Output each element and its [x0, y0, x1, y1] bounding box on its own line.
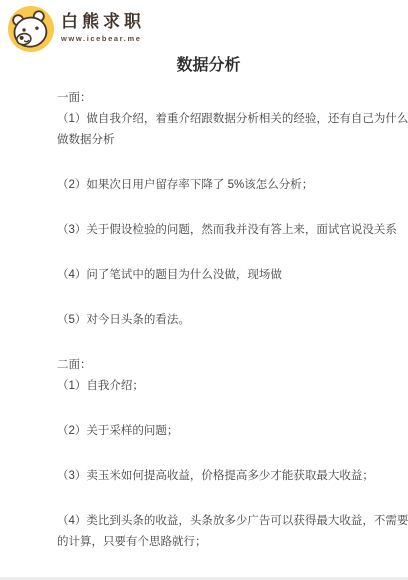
text-line: （4）类比到头条的收益，头条放多少广告可以获得最大收益，不需要真 [57, 511, 360, 532]
section-2-item-1: （1）自我介绍； [57, 376, 360, 397]
document-content: 数据分析 一面：（1）做自我介绍，着重介绍跟数据分析相关的经验，还有自己为什么要… [0, 0, 408, 577]
text-line: （4）问了笔试中的题目为什么没做，现场做 [57, 265, 360, 286]
text-line: （1）做自我介绍，着重介绍跟数据分析相关的经验，还有自己为什么要 [57, 109, 360, 130]
text-line: （2）关于采样的问题； [57, 421, 360, 442]
section-1-heading: 一面： [57, 88, 360, 109]
text-line: （2）如果次日用户留存率下降了 5%该怎么分析； [57, 175, 360, 196]
section-1-item-4: （4）问了笔试中的题目为什么没做，现场做 [57, 265, 360, 286]
text-line: 的计算，只要有个思路就行； [57, 532, 360, 553]
section-1-item-2: （2）如果次日用户留存率下降了 5%该怎么分析； [57, 175, 360, 196]
document-page: 白熊求职 www.icebear.me 数据分析 一面：（1）做自我介绍，着重介… [0, 0, 408, 580]
text-line: （5）对今日头条的看法。 [57, 310, 360, 331]
section-2-item-4: （4）类比到头条的收益，头条放多少广告可以获得最大收益，不需要真的计算，只要有个… [57, 511, 360, 553]
section-2-heading: 二面： [57, 355, 360, 376]
text-line: （3）卖玉米如何提高收益，价格提高多少才能获取最大收益； [57, 466, 360, 487]
section-1-item-5: （5）对今日头条的看法。 [57, 310, 360, 331]
page-title: 数据分析 [57, 55, 360, 77]
section-1-item-1: （1）做自我介绍，着重介绍跟数据分析相关的经验，还有自己为什么要做数据分析 [57, 109, 360, 151]
text-line: 做数据分析 [57, 130, 360, 151]
text-line: （3）关于假设检验的问题，然而我并没有答上来，面试官说没关系 [57, 220, 360, 241]
text-line: （1）自我介绍； [57, 376, 360, 397]
section-1-item-3: （3）关于假设检验的问题，然而我并没有答上来，面试官说没关系 [57, 220, 360, 241]
document-body: 一面：（1）做自我介绍，着重介绍跟数据分析相关的经验，还有自己为什么要做数据分析… [57, 88, 360, 553]
section-2-item-3: （3）卖玉米如何提高收益，价格提高多少才能获取最大收益； [57, 466, 360, 487]
section-2-item-2: （2）关于采样的问题； [57, 421, 360, 442]
